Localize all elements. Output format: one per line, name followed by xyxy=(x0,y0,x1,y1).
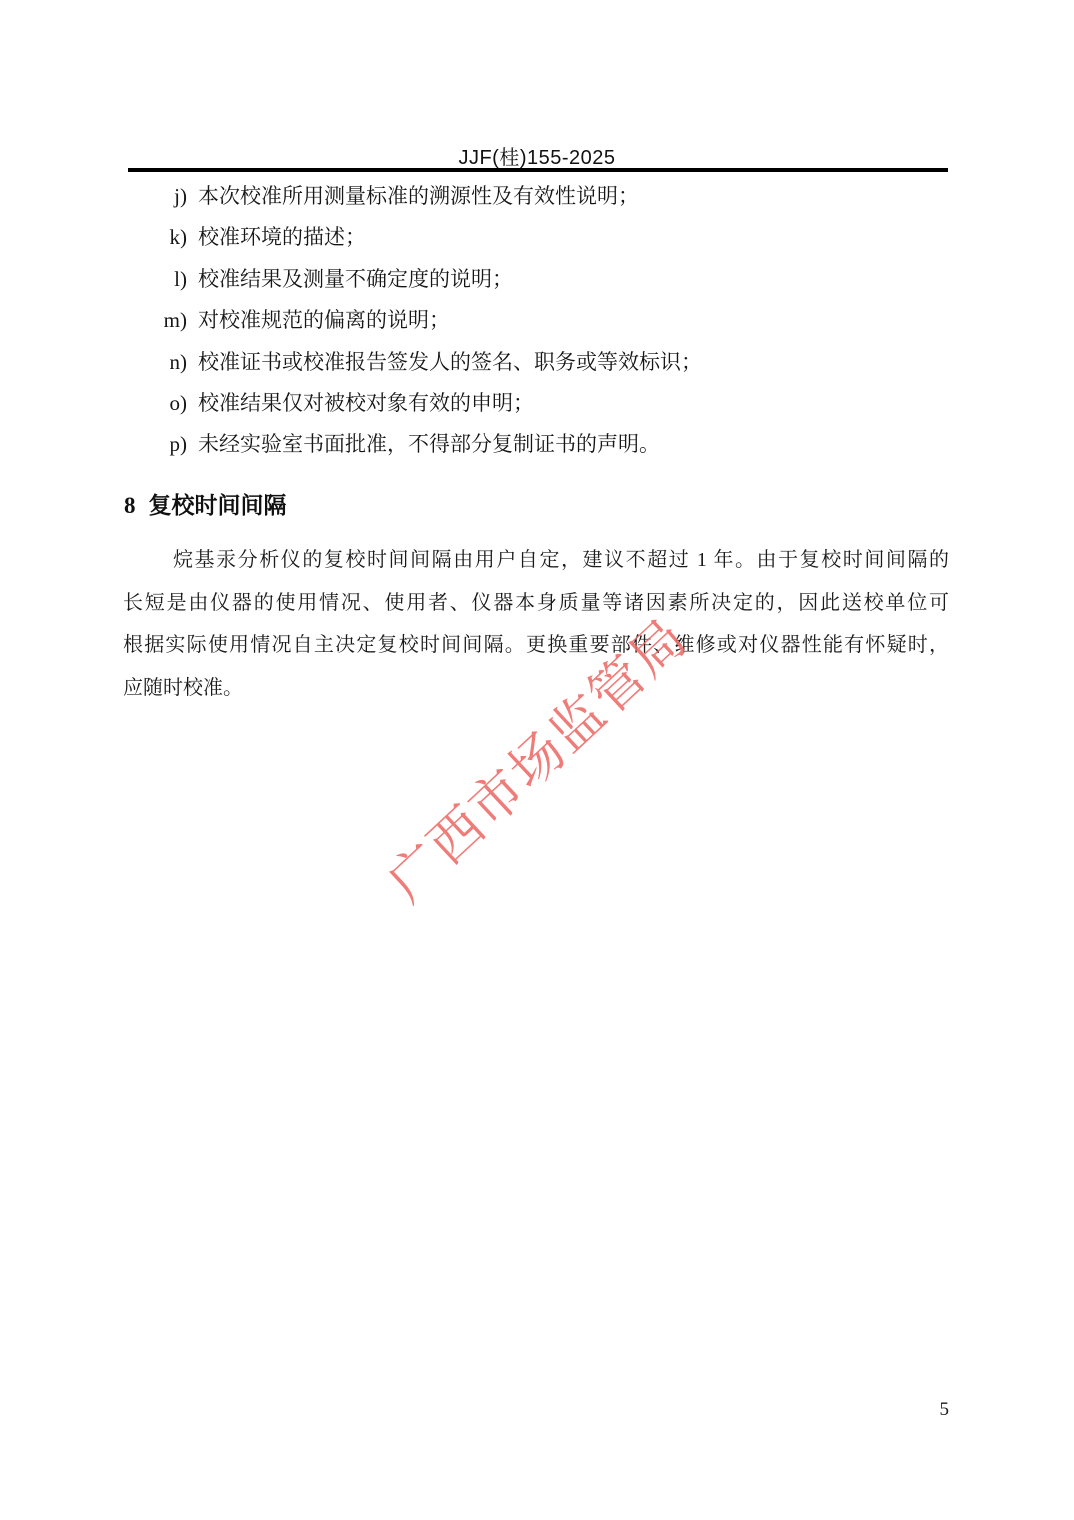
clause-list: j)本次校准所用测量标准的溯源性及有效性说明； k)校准环境的描述； l)校准结… xyxy=(123,176,951,466)
list-item-marker: m) xyxy=(123,300,187,341)
list-item-text: 未经实验室书面批准，不得部分复制证书的声明。 xyxy=(198,432,660,456)
list-item-marker: k) xyxy=(123,217,187,258)
list-item-marker: l) xyxy=(123,259,187,300)
list-item: j)本次校准所用测量标准的溯源性及有效性说明； xyxy=(123,176,951,217)
page-number: 5 xyxy=(123,1399,949,1421)
list-item-text: 校准结果及测量不确定度的说明； xyxy=(198,267,513,291)
section-heading: 8复校时间间隔 xyxy=(124,487,287,520)
paragraph-line: 根据实际使用情况自主决定复校时间间隔。更换重要部件、维修或对仪器性能有怀疑时， xyxy=(123,624,949,667)
section-number: 8 xyxy=(124,493,136,519)
section-title: 复校时间间隔 xyxy=(149,493,287,518)
header-doc-number: JJF(桂)155-2025 xyxy=(123,141,951,170)
body-paragraph: 烷基汞分析仪的复校时间间隔由用户自定，建议不超过 1 年。由于复校时间间隔的 长… xyxy=(123,539,949,709)
list-item-text: 校准环境的描述； xyxy=(198,225,366,249)
list-item-text: 对校准规范的偏离的说明； xyxy=(198,308,450,332)
list-item-marker: n) xyxy=(123,342,187,383)
list-item-marker: p) xyxy=(123,424,187,465)
list-item: n)校准证书或校准报告签发人的签名、职务或等效标识； xyxy=(123,342,951,383)
list-item: l)校准结果及测量不确定度的说明； xyxy=(123,259,951,300)
paragraph-line: 烷基汞分析仪的复校时间间隔由用户自定，建议不超过 1 年。由于复校时间间隔的 xyxy=(123,539,949,582)
document-page: JJF(桂)155-2025 j)本次校准所用测量标准的溯源性及有效性说明； k… xyxy=(0,0,1074,1520)
list-item-text: 校准证书或校准报告签发人的签名、职务或等效标识； xyxy=(198,350,702,374)
list-item: o)校准结果仅对被校对象有效的申明； xyxy=(123,383,951,424)
list-item: k)校准环境的描述； xyxy=(123,217,951,258)
list-item: p)未经实验室书面批准，不得部分复制证书的声明。 xyxy=(123,424,951,465)
header-rule xyxy=(128,168,948,172)
list-item-text: 本次校准所用测量标准的溯源性及有效性说明； xyxy=(198,184,639,208)
list-item: m)对校准规范的偏离的说明； xyxy=(123,300,951,341)
paragraph-line: 长短是由仪器的使用情况、使用者、仪器本身质量等诸因素所决定的，因此送校单位可 xyxy=(123,582,949,625)
list-item-marker: o) xyxy=(123,383,187,424)
list-item-marker: j) xyxy=(123,176,187,217)
paragraph-line: 应随时校准。 xyxy=(123,667,949,710)
list-item-text: 校准结果仅对被校对象有效的申明； xyxy=(198,391,534,415)
